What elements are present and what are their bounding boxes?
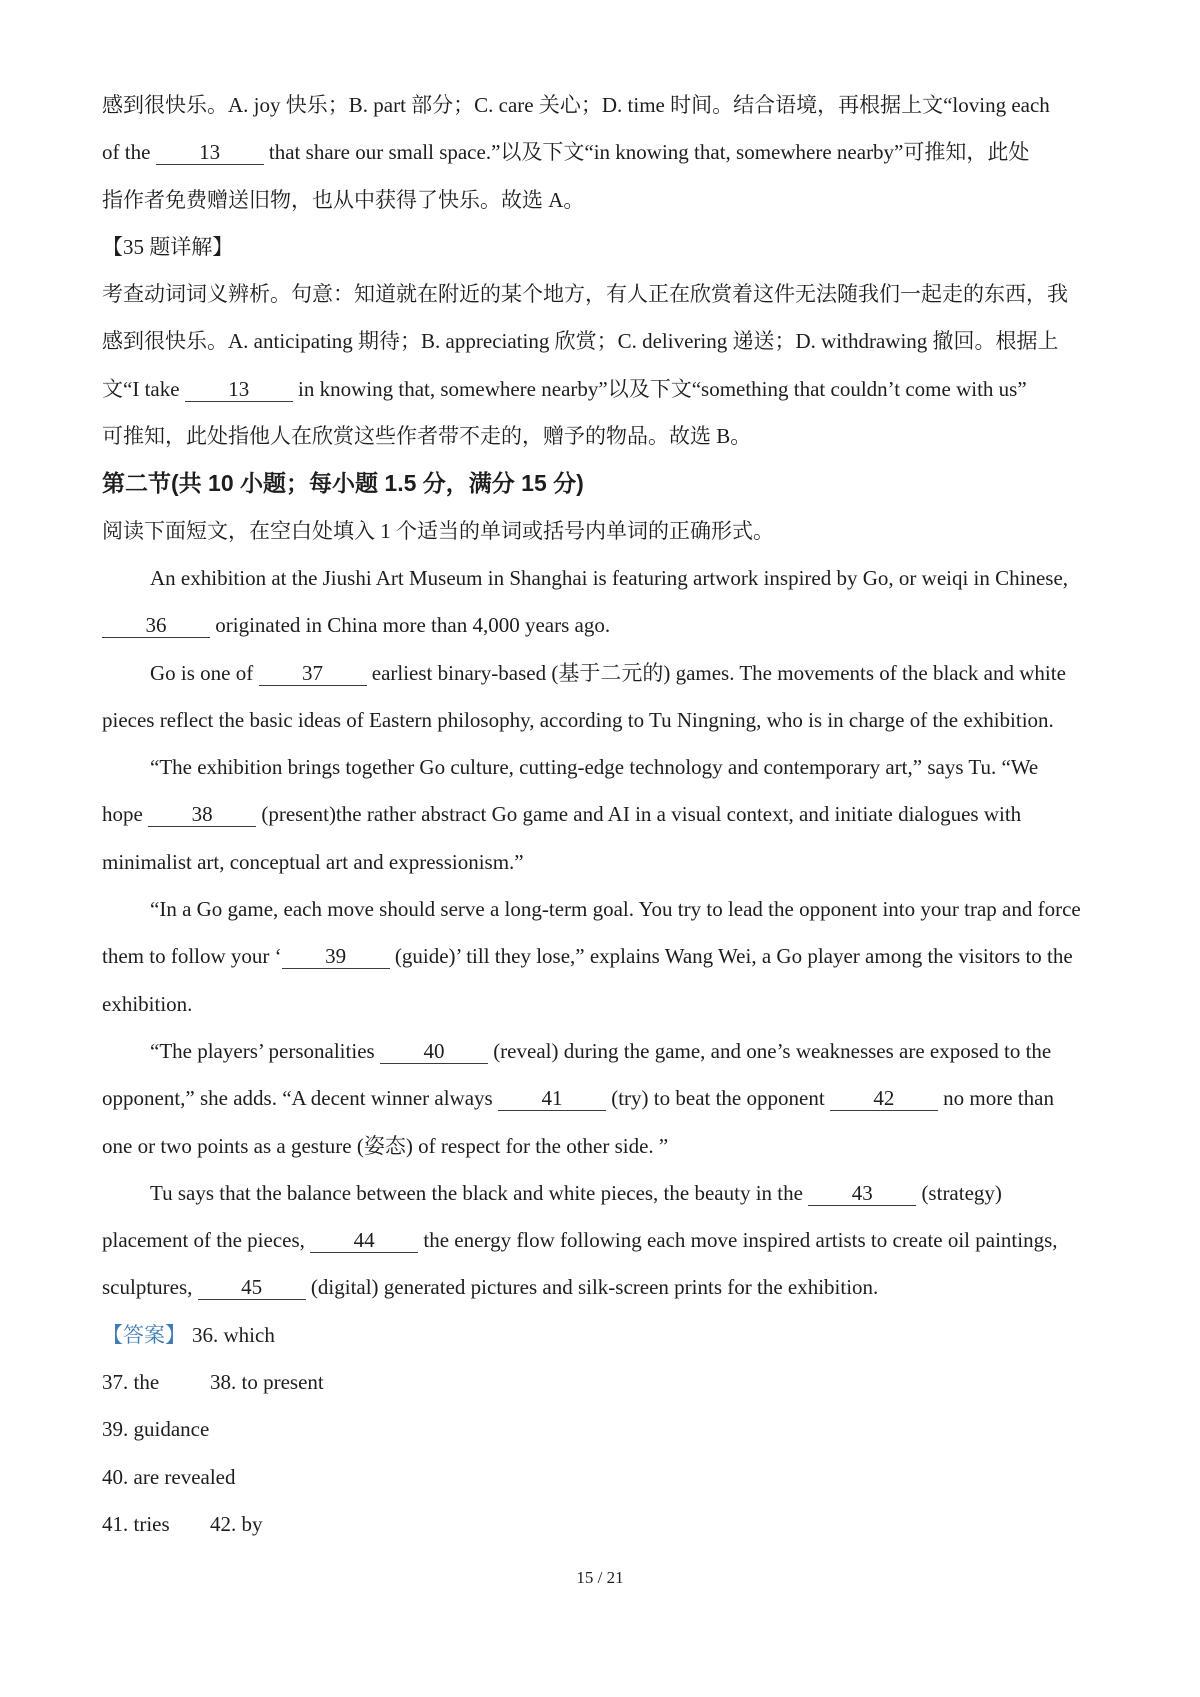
text-run: 阅读下面短文，在空白处填入 1 个适当的单词或括号内单词的正确形式。 bbox=[102, 519, 774, 543]
text-run: 感到很快乐。A. joy 快乐；B. part 部分；C. care 关心；D.… bbox=[102, 93, 1050, 117]
text-run: placement of the pieces, bbox=[102, 1228, 310, 1252]
text-line: Tu says that the balance between the bla… bbox=[102, 1170, 1100, 1217]
answer-label: 【答案】 bbox=[102, 1323, 186, 1347]
text-run: “The players’ personalities bbox=[150, 1039, 380, 1063]
answer-line: 41. tries42. by bbox=[102, 1501, 1100, 1548]
text-run: Tu says that the balance between the bla… bbox=[150, 1181, 808, 1205]
text-run: (guide)’ till they lose,” explains Wang … bbox=[390, 944, 1073, 968]
blank-answer-slot: 45 bbox=[198, 1275, 306, 1300]
text-run: the energy flow following each move insp… bbox=[418, 1228, 1057, 1252]
section-heading: 第二节(共 10 小题；每小题 1.5 分，满分 15 分) bbox=[102, 460, 1100, 507]
blank-answer-slot: 38 bbox=[148, 802, 256, 827]
text-run: in knowing that, somewhere nearby”以及下文“s… bbox=[293, 377, 1027, 401]
text-line: “In a Go game, each move should serve a … bbox=[102, 886, 1100, 933]
text-run: of the bbox=[102, 140, 156, 164]
text-run: earliest binary-based (基于二元的) games. The… bbox=[367, 661, 1066, 685]
blank-answer-slot: 42 bbox=[830, 1086, 938, 1111]
text-line: 【35 题详解】 bbox=[102, 224, 1100, 271]
text-run: no more than bbox=[938, 1086, 1054, 1110]
text-line: them to follow your ‘39 (guide)’ till th… bbox=[102, 933, 1100, 980]
text-run: exhibition. bbox=[102, 992, 192, 1016]
text-line: 文“I take 13 in knowing that, somewhere n… bbox=[102, 366, 1100, 413]
text-run: “The exhibition brings together Go cultu… bbox=[150, 755, 1038, 779]
text-run: them to follow your ‘ bbox=[102, 944, 282, 968]
text-line: 感到很快乐。A. anticipating 期待；B. appreciating… bbox=[102, 318, 1100, 365]
text-run: originated in China more than 4,000 year… bbox=[210, 613, 610, 637]
blank-answer-slot: 43 bbox=[808, 1181, 916, 1206]
text-line: placement of the pieces, 44 the energy f… bbox=[102, 1217, 1100, 1264]
blank-answer-slot: 37 bbox=[259, 661, 367, 686]
text-run: 37. the bbox=[102, 1359, 210, 1406]
text-run: one or two points as a gesture (姿态) of r… bbox=[102, 1134, 668, 1158]
text-run: Go is one of bbox=[150, 661, 259, 685]
text-line: Go is one of 37 earliest binary-based (基… bbox=[102, 650, 1100, 697]
text-line: one or two points as a gesture (姿态) of r… bbox=[102, 1123, 1100, 1170]
text-run: 【35 题详解】 bbox=[102, 235, 233, 259]
blank-answer-slot: 13 bbox=[156, 140, 264, 165]
text-run: 感到很快乐。A. anticipating 期待；B. appreciating… bbox=[102, 329, 1059, 353]
text-line: hope 38 (present)the rather abstract Go … bbox=[102, 791, 1100, 838]
text-line: exhibition. bbox=[102, 981, 1100, 1028]
text-line: An exhibition at the Jiushi Art Museum i… bbox=[102, 555, 1100, 602]
text-run: 考查动词词义辨析。句意：知道就在附近的某个地方，有人正在欣赏着这件无法随我们一起… bbox=[102, 282, 1068, 306]
text-run: (digital) generated pictures and silk-sc… bbox=[306, 1275, 879, 1299]
text-run: (try) to beat the opponent bbox=[606, 1086, 830, 1110]
blank-answer-slot: 41 bbox=[498, 1086, 606, 1111]
blank-answer-slot: 44 bbox=[310, 1228, 418, 1253]
answer-line: 【答案】36. which bbox=[102, 1312, 1100, 1359]
text-line: 阅读下面短文，在空白处填入 1 个适当的单词或括号内单词的正确形式。 bbox=[102, 508, 1100, 555]
text-run: 指作者免费赠送旧物，也从中获得了快乐。故选 A。 bbox=[102, 188, 584, 212]
text-run: opponent,” she adds. “A decent winner al… bbox=[102, 1086, 498, 1110]
blank-answer-slot: 39 bbox=[282, 944, 390, 969]
text-run: (strategy) bbox=[916, 1181, 1002, 1205]
text-run: pieces reflect the basic ideas of Easter… bbox=[102, 708, 1054, 732]
text-line: 可推知，此处指他人在欣赏这些作者带不走的，赠予的物品。故选 B。 bbox=[102, 413, 1100, 460]
text-run: 42. by bbox=[210, 1512, 263, 1536]
text-line: pieces reflect the basic ideas of Easter… bbox=[102, 697, 1100, 744]
text-run: 36. which bbox=[192, 1323, 275, 1347]
blank-answer-slot: 36 bbox=[102, 613, 210, 638]
text-run: sculptures, bbox=[102, 1275, 198, 1299]
text-line: 指作者免费赠送旧物，也从中获得了快乐。故选 A。 bbox=[102, 177, 1100, 224]
page-number: 15 / 21 bbox=[0, 1568, 1200, 1588]
text-line: 考查动词词义辨析。句意：知道就在附近的某个地方，有人正在欣赏着这件无法随我们一起… bbox=[102, 271, 1100, 318]
text-run: 41. tries bbox=[102, 1501, 210, 1548]
answer-line: 37. the38. to present bbox=[102, 1359, 1100, 1406]
text-run: 第二节(共 10 小题；每小题 1.5 分，满分 15 分) bbox=[102, 470, 584, 496]
document-content: 感到很快乐。A. joy 快乐；B. part 部分；C. care 关心；D.… bbox=[102, 82, 1100, 1548]
text-run: 39. guidance bbox=[102, 1417, 209, 1441]
text-line: sculptures, 45 (digital) generated pictu… bbox=[102, 1264, 1100, 1311]
answer-line: 39. guidance bbox=[102, 1406, 1100, 1453]
document-page: 感到很快乐。A. joy 快乐；B. part 部分；C. care 关心；D.… bbox=[0, 0, 1200, 1697]
text-line: of the 13 that share our small space.”以及… bbox=[102, 129, 1100, 176]
text-run: An exhibition at the Jiushi Art Museum i… bbox=[150, 566, 1068, 590]
text-run: 文“I take bbox=[102, 377, 185, 401]
text-run: minimalist art, conceptual art and expre… bbox=[102, 850, 524, 874]
text-run: 38. to present bbox=[210, 1370, 324, 1394]
text-line: “The exhibition brings together Go cultu… bbox=[102, 744, 1100, 791]
text-run: (present)the rather abstract Go game and… bbox=[256, 802, 1021, 826]
blank-answer-slot: 40 bbox=[380, 1039, 488, 1064]
text-line: minimalist art, conceptual art and expre… bbox=[102, 839, 1100, 886]
text-run: “In a Go game, each move should serve a … bbox=[150, 897, 1081, 921]
text-line: “The players’ personalities 40 (reveal) … bbox=[102, 1028, 1100, 1075]
text-run: 可推知，此处指他人在欣赏这些作者带不走的，赠予的物品。故选 B。 bbox=[102, 424, 751, 448]
text-line: opponent,” she adds. “A decent winner al… bbox=[102, 1075, 1100, 1122]
blank-answer-slot: 13 bbox=[185, 377, 293, 402]
text-run: hope bbox=[102, 802, 148, 826]
text-run: 40. are revealed bbox=[102, 1465, 236, 1489]
text-line: 36 originated in China more than 4,000 y… bbox=[102, 602, 1100, 649]
text-run: (reveal) during the game, and one’s weak… bbox=[488, 1039, 1051, 1063]
answer-line: 40. are revealed bbox=[102, 1454, 1100, 1501]
text-run: that share our small space.”以及下文“in know… bbox=[264, 140, 1030, 164]
text-line: 感到很快乐。A. joy 快乐；B. part 部分；C. care 关心；D.… bbox=[102, 82, 1100, 129]
